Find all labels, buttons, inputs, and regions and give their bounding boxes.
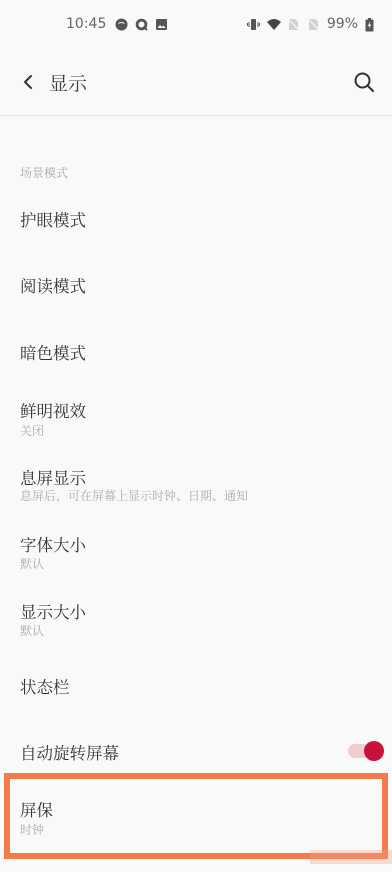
vibrate-icon: [247, 18, 260, 31]
chevron-left-icon: [21, 74, 35, 90]
battery-charging-icon: [365, 18, 378, 31]
search-button[interactable]: [350, 68, 378, 96]
section-header-scene-mode: 场景模式: [20, 164, 68, 181]
status-time: 10:45: [66, 16, 106, 32]
item-title: 屏保: [20, 797, 53, 821]
setting-font-size[interactable]: 字体大小 默认: [0, 524, 392, 586]
battery-percent: 99%: [327, 16, 358, 32]
wifi-icon: [267, 18, 280, 31]
item-subtitle: 时钟: [20, 821, 44, 838]
item-title: 状态栏: [20, 674, 70, 698]
image-icon: [155, 18, 168, 31]
item-subtitle: 关闭: [20, 422, 44, 439]
search-icon: [353, 71, 375, 93]
setting-eye-comfort[interactable]: 护眼模式: [0, 190, 392, 246]
item-subtitle: 息屏后，可在屏幕上显示时钟、日期、通知: [20, 487, 248, 504]
status-bar: 10:45 99%: [0, 0, 392, 50]
item-title: 护眼模式: [20, 207, 86, 231]
messenger-icon: [115, 18, 128, 31]
item-title: 自动旋转屏幕: [20, 740, 119, 764]
status-right: 99%: [247, 16, 378, 32]
item-title: 息屏显示: [20, 465, 86, 489]
setting-auto-rotate[interactable]: 自动旋转屏幕: [0, 725, 392, 777]
chat-bubble-icon: [135, 18, 148, 31]
setting-dark-mode[interactable]: 暗色模式: [0, 323, 392, 379]
auto-rotate-toggle[interactable]: [346, 741, 384, 761]
item-title: 显示大小: [20, 599, 86, 623]
toggle-knob: [364, 741, 384, 761]
item-title: 暗色模式: [20, 340, 86, 364]
item-title: 阅读模式: [20, 273, 86, 297]
setting-display-size[interactable]: 显示大小 默认: [0, 591, 392, 653]
watermark: [310, 850, 392, 864]
status-left: 10:45: [66, 16, 168, 32]
setting-reading-mode[interactable]: 阅读模式: [0, 256, 392, 312]
no-sim-icon: [307, 18, 320, 31]
setting-status-bar[interactable]: 状态栏: [0, 660, 392, 716]
app-bar: 显示: [0, 50, 392, 115]
back-button[interactable]: [14, 68, 42, 96]
no-sim-icon: [287, 18, 300, 31]
setting-vivid-display[interactable]: 鲜明视效 关闭: [0, 388, 392, 450]
item-title: 字体大小: [20, 532, 86, 556]
header-divider: [0, 115, 392, 116]
setting-ambient-display[interactable]: 息屏显示 息屏后，可在屏幕上显示时钟、日期、通知: [0, 457, 392, 519]
page-title: 显示: [49, 69, 87, 96]
item-subtitle: 默认: [20, 555, 44, 572]
setting-screensaver[interactable]: 屏保 时钟: [0, 780, 392, 852]
item-subtitle: 默认: [20, 622, 44, 639]
item-title: 鲜明视效: [20, 398, 86, 422]
